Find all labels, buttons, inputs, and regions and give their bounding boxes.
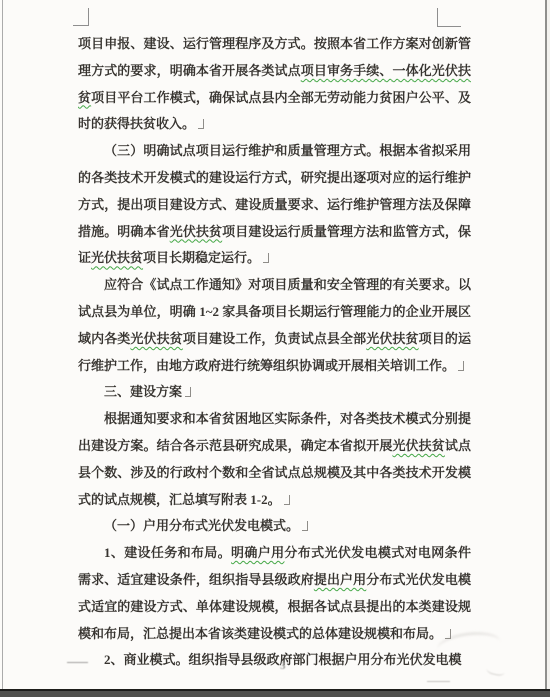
paragraph-text: 三、建设方案 [104, 384, 182, 399]
paragraph-construction-task-layout: 1、建设任务和布局。明确户用分布式光伏发电模式对电网条件需求、适宜建设条件，组织… [78, 540, 471, 647]
spellcheck-squiggle-text: 光伏扶贫 [130, 331, 182, 346]
screenshot-bottom-strip [0, 689, 550, 697]
paragraph-project-management-continuation: 项目申报、建设、运行管理程序及方式。按照本省工作方案对创新管理方式的要求，明确本… [78, 31, 471, 138]
document-body: 项目申报、建设、运行管理程序及方式。按照本省工作方案对创新管理方式的要求，明确本… [78, 31, 471, 674]
paragraph-mark-icon [185, 387, 191, 397]
spellcheck-squiggle-text: 明确户用 [231, 545, 284, 560]
paragraph-text: （一）户用分布式光伏发电模式。 [104, 518, 299, 533]
text-boundary-corner-mark-right-icon [437, 8, 461, 27]
paragraph-mark-icon [458, 361, 464, 371]
text-boundary-corner-mark-left-icon [73, 8, 89, 26]
spellcheck-squiggle-text: 光伏扶贫 [366, 331, 418, 346]
spellcheck-squiggle-text: 提出户用 [314, 572, 366, 587]
paragraph-mark-icon [284, 495, 290, 505]
bottom-right-margin-mark [427, 681, 450, 682]
heading-household-distributed-pv-mode: （一）户用分布式光伏发电模式。 [78, 513, 471, 540]
paragraph-text: 1、建设任务和布局。 [104, 545, 231, 560]
paragraph-text: 项目长期稳定运行。 [143, 250, 260, 265]
paragraph-business-mode-truncated: 2、商业模式。组织指导县级政府部门根据户用分布光伏发电模 [78, 647, 471, 674]
paragraph-mark-icon [445, 629, 451, 639]
spellcheck-squiggle-text: 光伏扶贫 [392, 438, 444, 453]
paragraph-text: 项目建设工作，负责试点县全部 [183, 331, 366, 346]
page-number: 3 [280, 660, 286, 672]
paragraph-mark-icon [198, 119, 204, 129]
paragraph-quality-safety-requirements: 应符合《试点工作通知》对项目质量和安全管理的有关要求。以试点县为单位，明确 1~… [78, 272, 471, 379]
paragraph-text: 项目平台工作模式，确保试点县内全部无劳动能力贫困户公平、及时的获得扶贫收入。 [78, 90, 471, 132]
paragraph-mark-icon [302, 521, 308, 531]
page-left-edge-line [2, 0, 3, 689]
paragraph-construction-plan-overview: 根据通知要求和本省贫困地区实际条件，对各类技术模式分别提出建设方案。结合各示范县… [78, 406, 471, 513]
paragraph-section-3-operation-maintenance: （三）明确试点项目运行维护和质量管理方式。根据本省拟采用的各类技术开发模式的建设… [78, 138, 471, 272]
spellcheck-squiggle-text: 光伏扶贫 [91, 250, 143, 265]
paragraph-mark-icon [263, 253, 269, 263]
spellcheck-squiggle-text: 光伏扶贫 [170, 224, 222, 239]
heading-section-construction-plan: 三、建设方案 [78, 379, 471, 406]
scan-smudge [486, 662, 506, 677]
